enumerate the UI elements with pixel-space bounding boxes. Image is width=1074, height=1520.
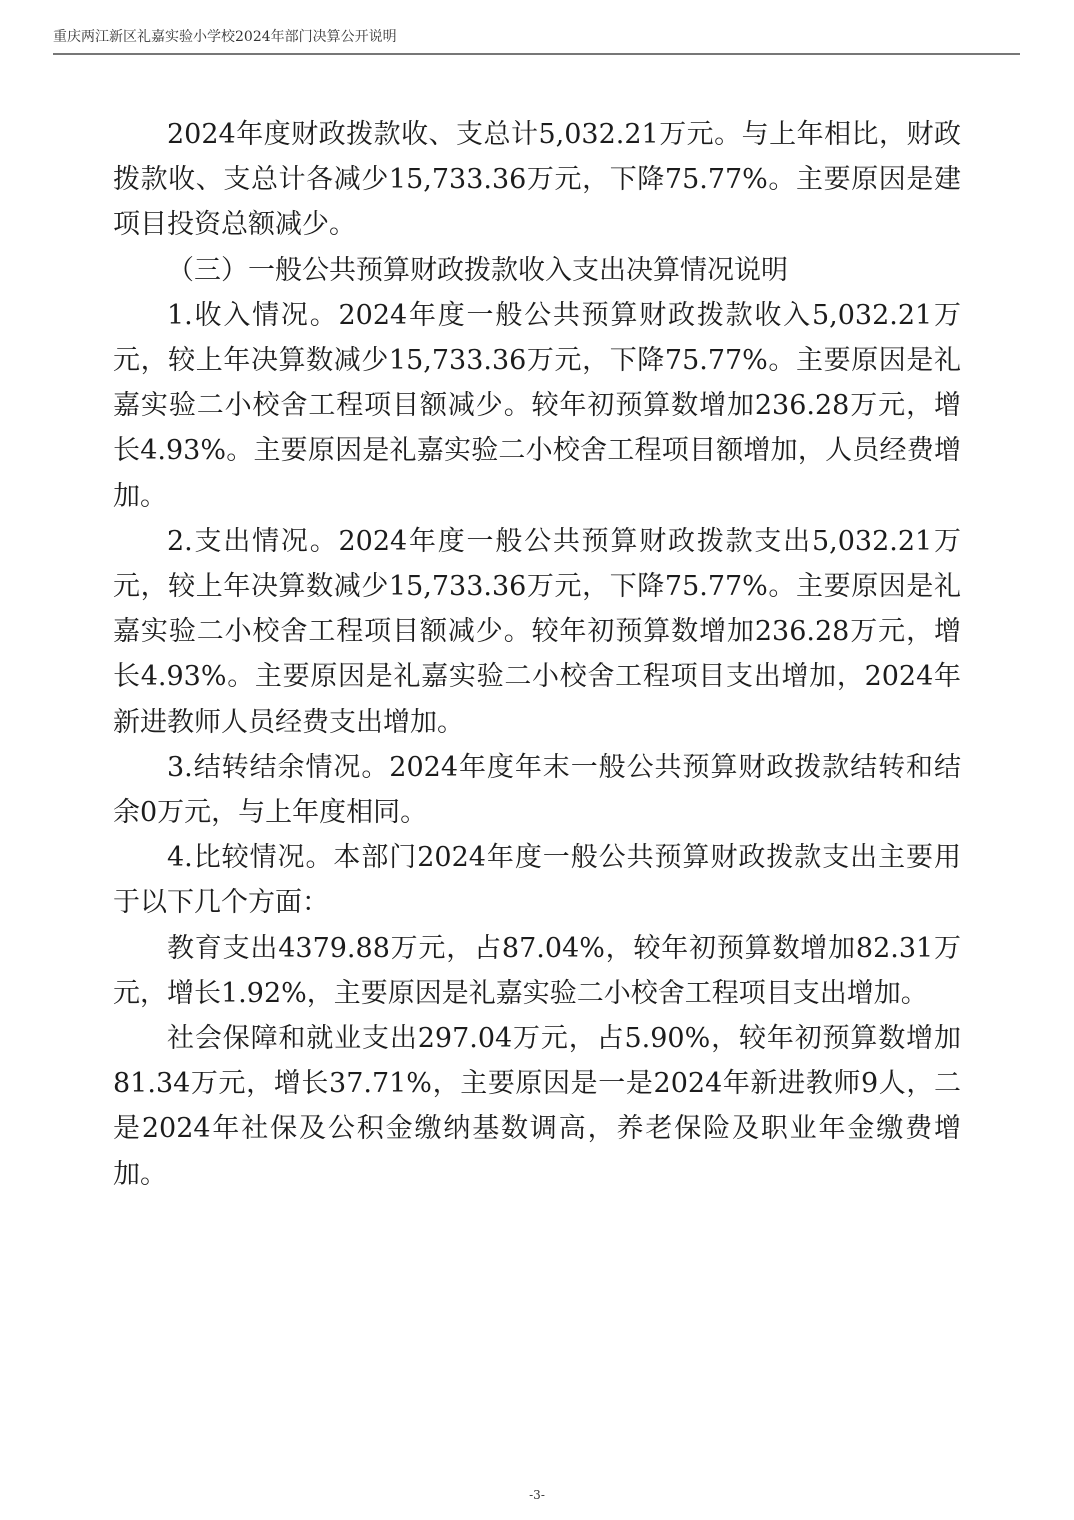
page-header-title: 重庆两江新区礼嘉实验小学校2024年部门决算公开说明 — [53, 26, 1020, 46]
document-body: 2024年度财政拨款收、支总计5,032.21万元。与上年相比，财政拨款收、支总… — [113, 112, 961, 1197]
paragraph-social-security-expenditure: 社会保障和就业支出297.04万元，占5.90%，较年初预算数增加81.34万元… — [113, 1016, 961, 1197]
page-number: -3- — [0, 1488, 1074, 1502]
paragraph-income: 1.收入情况。2024年度一般公共预算财政拨款收入5,032.21万元，较上年决… — [113, 293, 961, 519]
header-divider — [53, 53, 1020, 55]
paragraph-carryover: 3.结转结余情况。2024年度年末一般公共预算财政拨款结转和结余0万元，与上年度… — [113, 745, 961, 835]
paragraph-comparison: 4.比较情况。本部门2024年度一般公共预算财政拨款支出主要用于以下几个方面： — [113, 835, 961, 925]
section-heading-3: （三）一般公共预算财政拨款收入支出决算情况说明 — [113, 248, 961, 293]
paragraph-education-expenditure: 教育支出4379.88万元，占87.04%，较年初预算数增加82.31万元，增长… — [113, 926, 961, 1016]
paragraph-total-summary: 2024年度财政拨款收、支总计5,032.21万元。与上年相比，财政拨款收、支总… — [113, 112, 961, 248]
paragraph-expenditure: 2.支出情况。2024年度一般公共预算财政拨款支出5,032.21万元，较上年决… — [113, 519, 961, 745]
